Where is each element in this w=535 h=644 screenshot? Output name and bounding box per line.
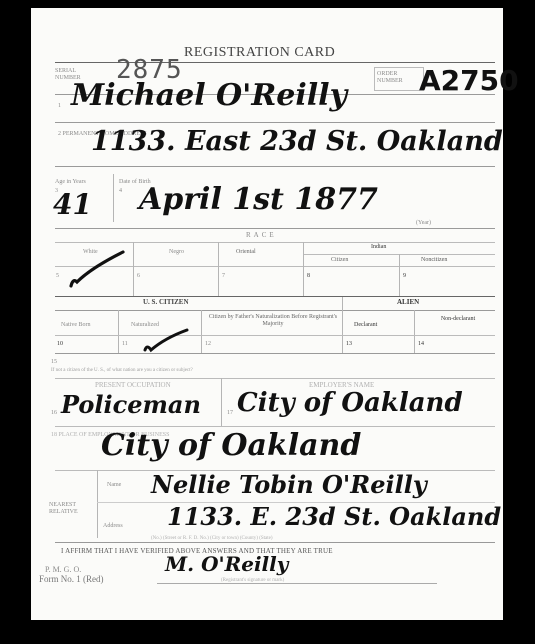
checkmark-icon-naturalized	[141, 328, 191, 356]
divider	[55, 166, 495, 167]
divider	[97, 470, 98, 538]
divider	[399, 254, 400, 296]
race-field-9: 9	[403, 273, 406, 279]
form-id-line1: P. M. G. O.	[45, 565, 81, 574]
nearest-relative-label-line2: RELATIVE	[49, 509, 78, 516]
citizen-by-father-label: Citizen by Father's Naturalization Befor…	[207, 314, 339, 328]
divider	[55, 542, 495, 543]
registrant-name: Michael O'Reilly	[71, 78, 347, 113]
divider	[55, 310, 495, 311]
race-indian-label: Indian	[371, 244, 386, 250]
nearest-relative-label-line1: NEAREST	[49, 502, 78, 509]
divider	[201, 310, 202, 353]
divider	[414, 310, 415, 353]
alien-field-13: 13	[346, 341, 352, 347]
card-title: REGISTRATION CARD	[184, 45, 335, 61]
race-field-7: 7	[222, 273, 225, 279]
race-header: RACE	[246, 231, 277, 239]
divider	[113, 174, 114, 222]
alien-nondeclarant-label: Non-declarant	[433, 316, 483, 323]
signature-caption: (Registrant's signature or mark)	[221, 578, 284, 583]
divider	[218, 242, 219, 296]
relative-address-label: Address	[103, 523, 123, 529]
race-field-5: 5	[56, 273, 59, 279]
divider	[55, 378, 495, 379]
divider	[55, 335, 495, 336]
race-oriental-label: Oriental	[236, 249, 256, 255]
registrant-signature: M. O'Reilly	[165, 552, 288, 576]
relative-address-footer: (No.) (Street or R. F. D. No.) (City or …	[151, 536, 273, 541]
divider	[55, 296, 495, 297]
race-indian-noncitizen-label: Noncitizen	[421, 257, 447, 263]
race-field-6: 6	[137, 273, 140, 279]
field-4-number: 4	[119, 188, 122, 194]
age-label: Age in Years	[55, 179, 86, 185]
relative-name-label: Name	[107, 482, 121, 488]
checkmark-icon-white	[67, 250, 127, 290]
relative-address-value: 1133. E. 23d St. Oakland	[167, 502, 501, 531]
divider	[118, 310, 119, 353]
citizen-field-10: 10	[57, 341, 63, 347]
order-number: A2750	[419, 64, 519, 97]
field-1-number: 1	[58, 103, 61, 109]
order-label-box: ORDER NUMBER	[374, 67, 424, 91]
place-of-employment-value: City of Oakland	[101, 428, 361, 463]
divider	[55, 122, 495, 123]
age-value: 41	[53, 188, 92, 221]
field-15-label: If not a citizen of the U. S., of what n…	[51, 368, 193, 373]
race-field-8: 8	[307, 273, 310, 279]
dob-value: April 1st 1877	[139, 182, 378, 217]
divider	[157, 583, 437, 584]
home-address: 1133. East 23d St. Oakland	[91, 126, 503, 157]
field-15-number: 15	[51, 359, 57, 365]
citizen-field-11: 11	[122, 341, 128, 347]
divider	[133, 242, 134, 296]
alien-declarant-label: Declarant	[354, 322, 377, 328]
race-negro-label: Negro	[169, 249, 184, 255]
order-label: ORDER NUMBER	[375, 68, 423, 88]
nearest-relative-label: NEAREST RELATIVE	[49, 502, 78, 516]
form-id-line2: Form No. 1 (Red)	[39, 574, 104, 584]
divider	[55, 228, 495, 229]
year-label: (Year)	[416, 220, 431, 226]
alien-field-14: 14	[418, 341, 424, 347]
divider	[55, 242, 495, 243]
occupation-label: PRESENT OCCUPATION	[95, 381, 171, 389]
divider	[221, 378, 222, 426]
registration-card: REGISTRATION CARD SERIAL NUMBER 2875 ORD…	[31, 8, 503, 620]
field-16-number: 16	[51, 410, 57, 416]
divider	[55, 353, 495, 354]
occupation-value: Policeman	[61, 390, 201, 419]
citizen-native-born-label: Native Born	[61, 322, 91, 328]
race-indian-citizen-label: Citizen	[331, 257, 348, 263]
employer-value: City of Oakland	[237, 388, 463, 418]
divider	[342, 297, 343, 353]
divider	[303, 242, 304, 296]
relative-name-value: Nellie Tobin O'Reilly	[151, 470, 427, 499]
divider	[55, 426, 495, 427]
field-17-number: 17	[227, 410, 233, 416]
us-citizen-header: U. S. CITIZEN	[143, 298, 189, 306]
alien-header: ALIEN	[397, 298, 419, 306]
citizen-field-12: 12	[205, 341, 211, 347]
